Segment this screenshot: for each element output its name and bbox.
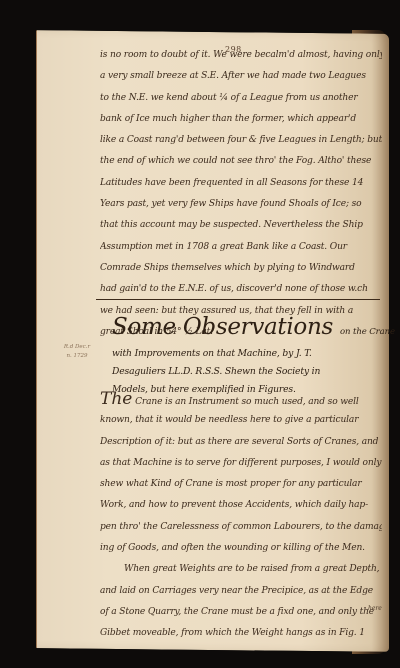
- text-line: of a Stone Quarry, the Crane must be a f…: [100, 602, 382, 623]
- text-line: ing of Goods, and often the wounding or …: [100, 538, 382, 559]
- text-line: pen thro' the Carelessness of common Lab…: [100, 517, 382, 538]
- text-line: known, that it would be needless here to…: [100, 410, 382, 431]
- text-line: When great Weights are to be raised from…: [100, 559, 382, 580]
- margin-note-read-date: R.d Dec.r n. 1729: [52, 343, 102, 361]
- heading-subline: Desaguliers LL.D. R.S.S. Shewn the Socie…: [112, 363, 392, 381]
- catchword: here: [368, 605, 382, 612]
- text-line: Latitudes have been frequented in all Se…: [100, 173, 382, 194]
- text-line: had gain'd to the E.N.E. of us, discover…: [100, 279, 382, 300]
- section-heading: Some Observations on the Crane with Impr…: [112, 314, 392, 399]
- text-line: that this account may be suspected. Neve…: [100, 215, 382, 236]
- lead-text: Crane is an Instrument so much used, and…: [132, 397, 358, 407]
- text-line: Work, and how to prevent those Accidents…: [100, 495, 382, 516]
- margin-note-line: n. 1729: [52, 352, 102, 361]
- text-line: Years past, yet very few Ships have foun…: [100, 194, 382, 215]
- margin-note-line: R.d Dec.r: [52, 343, 102, 352]
- text-line: bank of Ice much higher than the former,…: [100, 109, 382, 130]
- text-line: and laid on Carriages very near the Prec…: [100, 581, 382, 602]
- text-line: like a Coast rang'd between four & five …: [100, 130, 382, 151]
- text-line: Comrade Ships themselves which by plying…: [100, 258, 382, 279]
- section-divider: [96, 299, 380, 300]
- text-line: to the N.E. we kend about ¼ of a League …: [100, 88, 382, 109]
- dropcap-word: The: [100, 389, 132, 409]
- heading-title-line: Some Observations on the Crane: [112, 314, 392, 345]
- heading-title: Some Observations: [112, 314, 333, 340]
- text-line: Assumption met in 1708 a great Bank like…: [100, 237, 382, 258]
- paragraph-crane: The Crane is an Instrument so much used,…: [100, 389, 382, 645]
- text-line: a very small breeze at S.E. After we had…: [100, 66, 382, 87]
- text-line: Gibbet moveable, from which the Weight h…: [100, 623, 382, 644]
- heading-title-tail: on the Crane: [340, 327, 395, 337]
- text-line: Description of it: but as there are seve…: [100, 432, 382, 453]
- text-line: as that Machine is to serve for differen…: [100, 453, 382, 474]
- text-line-lead: The Crane is an Instrument so much used,…: [100, 389, 382, 410]
- text-line: is no room to doubt of it. We were becal…: [100, 45, 382, 66]
- text-line: shew what Kind of Crane is most proper f…: [100, 474, 382, 495]
- heading-subline: with Improvements on that Machine, by J.…: [112, 345, 392, 363]
- text-line: the end of which we could not see thro' …: [100, 151, 382, 172]
